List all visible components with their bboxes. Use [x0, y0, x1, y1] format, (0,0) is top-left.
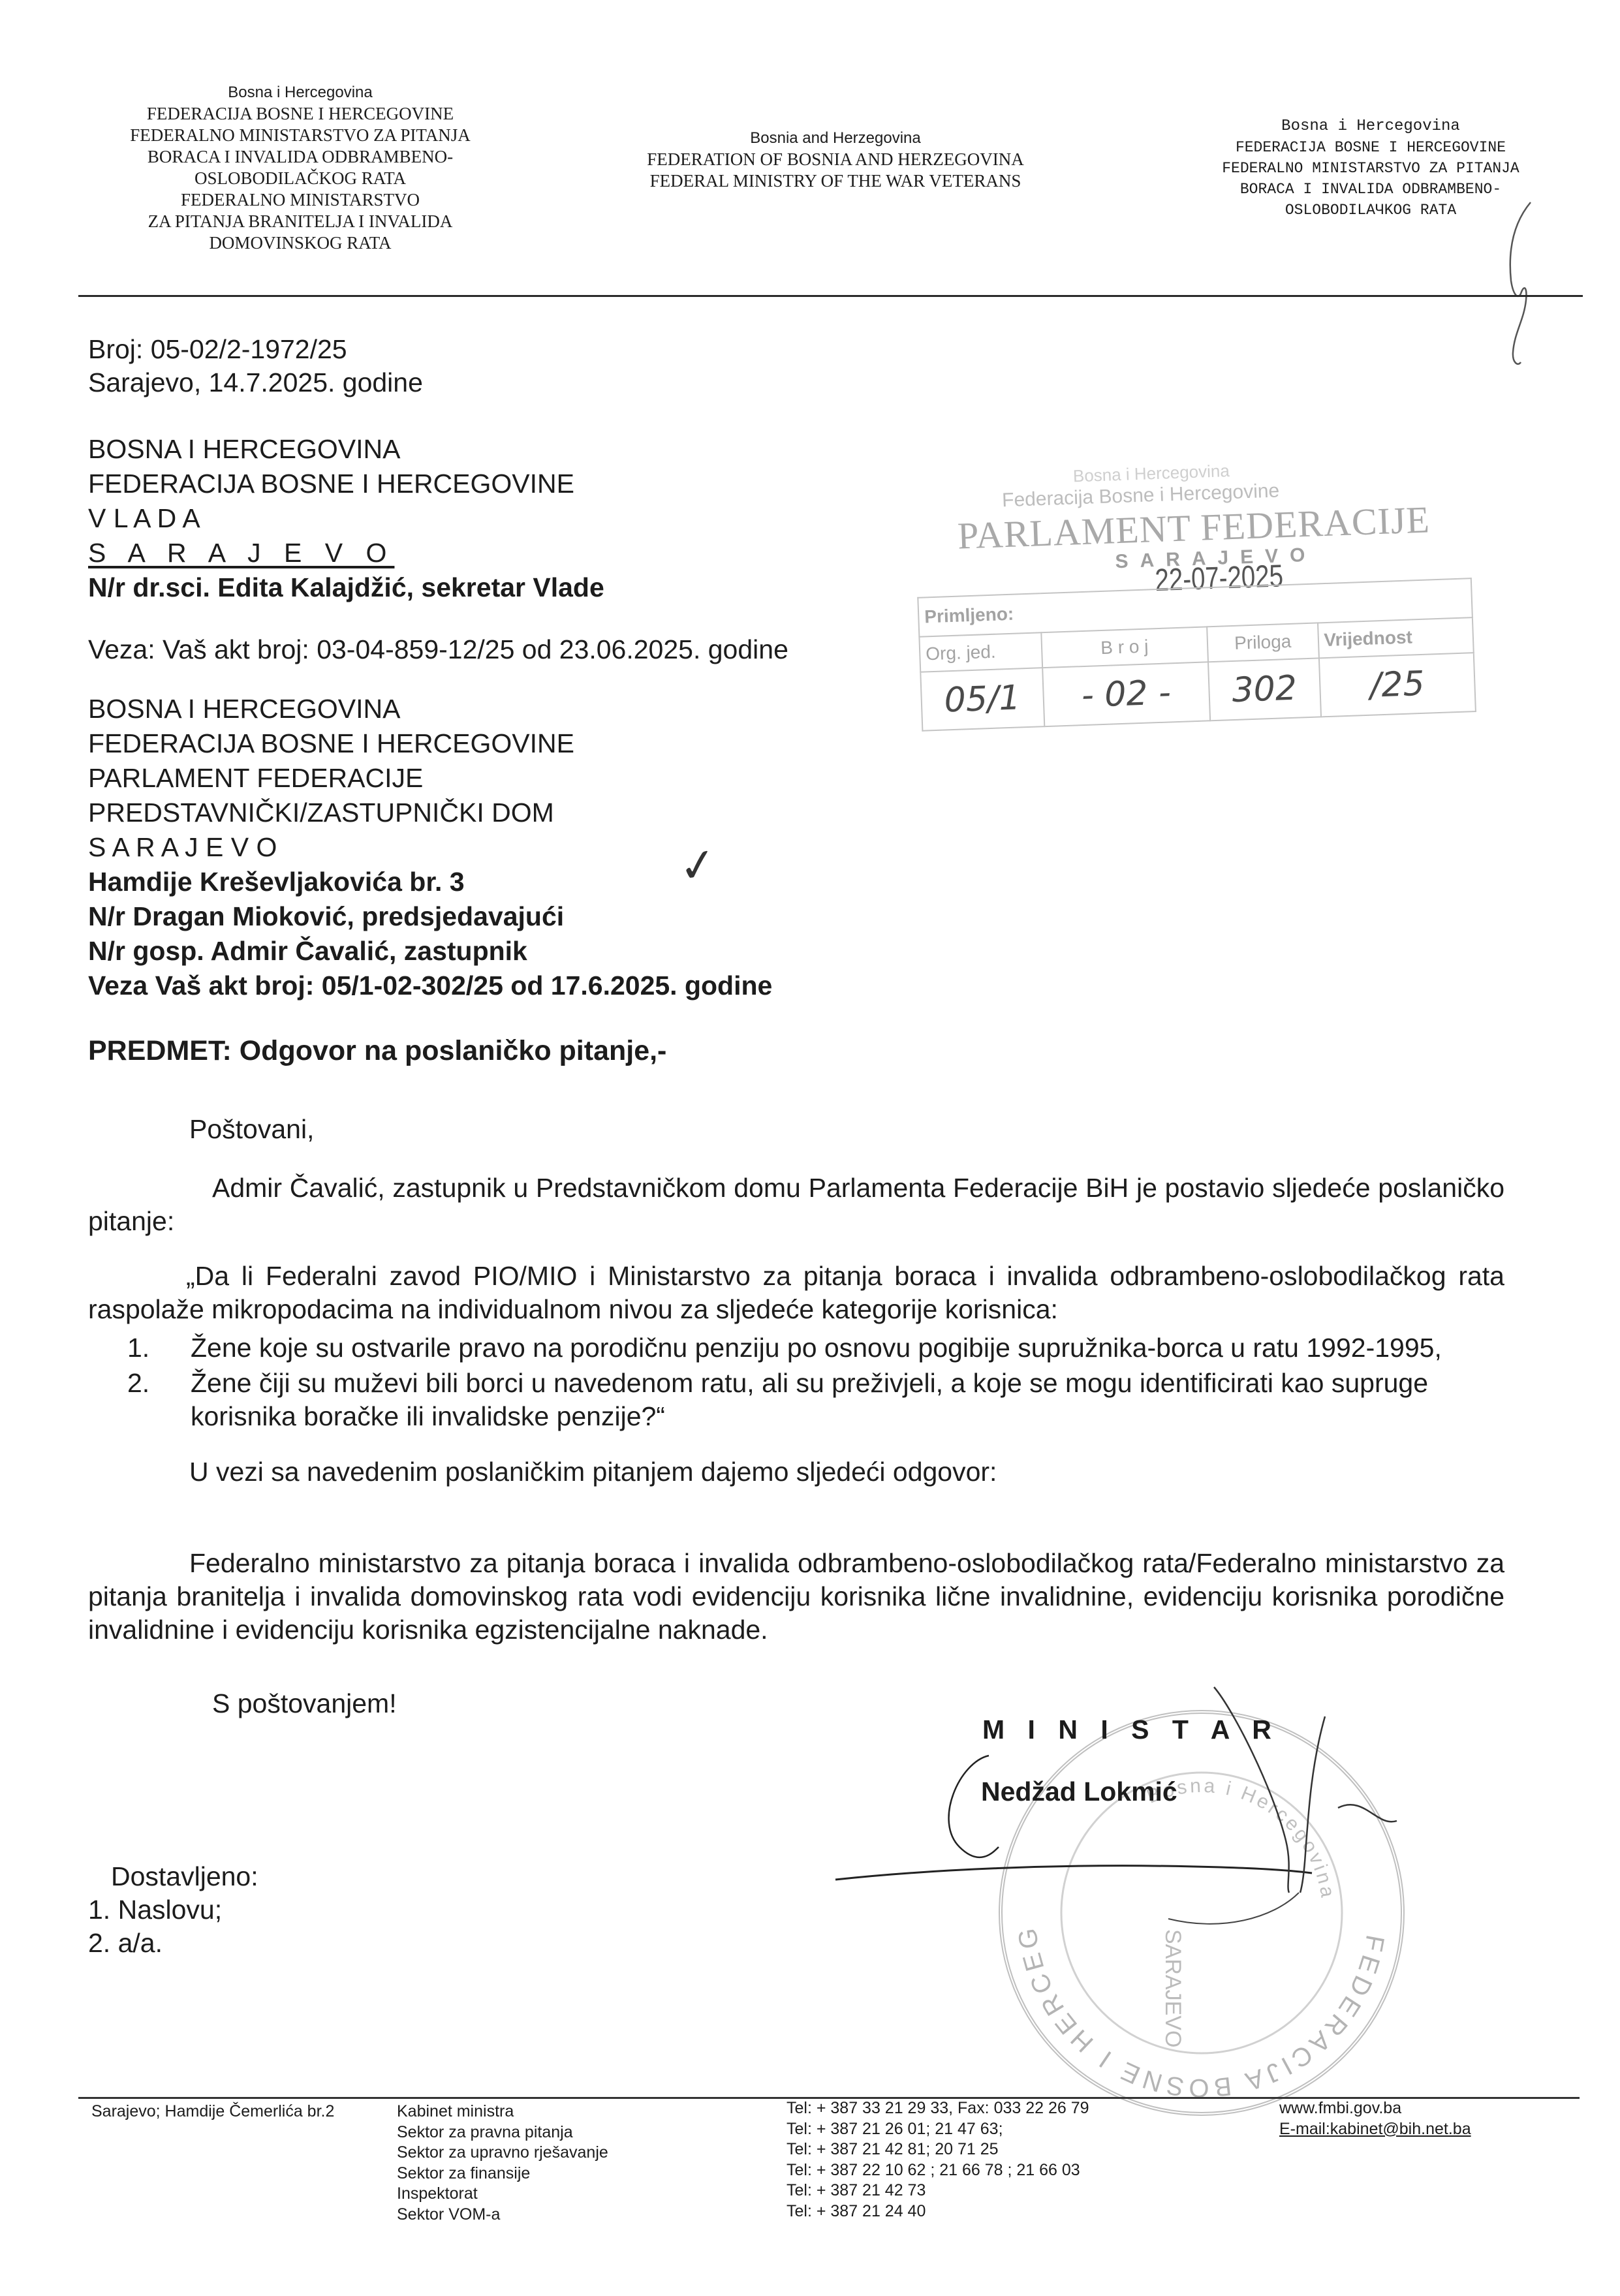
list-item-text: Žene čiji su muževi bili borci u naveden… — [191, 1367, 1504, 1433]
letterhead-left-country: Bosna i Hercegovina — [78, 82, 522, 103]
footer-sectors: Kabinet ministra Sektor za pravna pitanj… — [397, 2102, 608, 2225]
footer-phone: Tel: + 387 21 24 40 — [787, 2201, 1089, 2222]
recipient-city: S A R A J E V O — [88, 832, 277, 862]
letterhead-middle: Bosnia and Herzegovina FEDERATION OF BOS… — [587, 127, 1083, 192]
recipient-attention-chair: N/r Dragan Mioković, predsjedavajući — [88, 899, 772, 934]
greeting: Poštovani, — [189, 1113, 314, 1146]
stamp-org-unit: 05/1 — [920, 668, 1044, 730]
letterhead-middle-line: FEDERATION OF BOSNIA AND HERZEGOVINA — [587, 149, 1083, 170]
letterhead-divider — [78, 295, 1583, 297]
letterhead-right-line: FEDERACIJA BOSNE I HERCEGOVINE — [1162, 137, 1580, 158]
intro-paragraph: Admir Čavalić, zastupnik u Predstavničko… — [88, 1171, 1504, 1238]
reference-link-parliament: Veza Vaš akt broj: 05/1-02-302/25 od 17.… — [88, 969, 772, 1003]
stamp-table: Primljeno: Org. jed. B r o j Priloga Vri… — [917, 578, 1476, 732]
footer-sector: Sektor za finansije — [397, 2164, 608, 2184]
stamp-col-header: B r o j — [1041, 627, 1208, 668]
letterhead-left: Bosna i Hercegovina FEDERACIJA BOSNE I H… — [78, 82, 522, 254]
answer-intro: U vezi sa navedenim poslaničkim pitanjem… — [189, 1455, 997, 1489]
recipient-line: PARLAMENT FEDERACIJE — [88, 761, 772, 796]
list-item-number: 2. — [127, 1367, 191, 1433]
distribution-label: Dostavljeno: — [88, 1860, 258, 1893]
letterhead-left-line: ZA PITANJA BRANITELJA I INVALIDA — [78, 211, 522, 232]
letterhead-left-line: BORACA I INVALIDA ODBRAMBENO- — [78, 146, 522, 168]
footer-sector: Sektor za upravno rješavanje — [397, 2143, 608, 2164]
letterhead-right-line: FEDERALNO MINISTARSTVO ZA PITANJA — [1162, 158, 1580, 179]
letterhead-left-line: FEDERALNO MINISTARSTVO — [78, 189, 522, 211]
footer-phone: Tel: + 387 21 42 81; 20 71 25 — [787, 2139, 1089, 2160]
footer-sector: Kabinet ministra — [397, 2102, 608, 2122]
letterhead-middle-country: Bosnia and Herzegovina — [587, 127, 1083, 149]
footer-phone: Tel: + 387 21 42 73 — [787, 2180, 1089, 2201]
recipient-city: S A R A J E V O — [88, 538, 394, 568]
recipient-body: V L A D A — [88, 501, 604, 536]
closing: S poštovanjem! — [212, 1687, 397, 1720]
recipient-line: FEDERACIJA BOSNE I HERCEGOVINE — [88, 726, 772, 761]
letterhead-right-country: Bosna i Hercegovina — [1162, 116, 1580, 137]
footer-website-link[interactable]: www.fmbi.gov.ba — [1279, 2098, 1471, 2119]
letterhead-left-line: DOMOVINSKOG RATA — [78, 232, 522, 254]
recipient-street: Hamdije Kreševljakovića br. 3 — [88, 865, 772, 899]
footer-sector: Inspektorat — [397, 2184, 608, 2205]
handwritten-initial-mark — [1495, 196, 1553, 372]
footer-phone: Tel: + 387 22 10 62 ; 21 66 78 ; 21 66 0… — [787, 2160, 1089, 2181]
handwritten-signature — [829, 1658, 1442, 1945]
footer-sector: Sektor za pravna pitanja — [397, 2122, 608, 2143]
reference-link-government: Veza: Vaš akt broj: 03-04-859-12/25 od 2… — [88, 633, 788, 666]
document-number: Broj: 05-02/2-1972/25 — [88, 333, 423, 366]
recipient-line: PREDSTAVNIČKI/ZASTUPNIČKI DOM — [88, 796, 772, 830]
document-place-date: Sarajevo, 14.7.2025. godine — [88, 366, 423, 399]
footer-contact: www.fmbi.gov.ba E-mail:kabinet@bih.net.b… — [1279, 2098, 1471, 2139]
subject-line: PREDMET: Odgovor na poslaničko pitanje,- — [88, 1034, 666, 1068]
recipient-line: FEDERACIJA BOSNE I HERCEGOVINE — [88, 467, 604, 501]
received-stamp: Bosna i Hercegovina Federacija Bosne i H… — [903, 441, 1486, 734]
footer-sector: Sektor VOM-a — [397, 2205, 608, 2226]
footer-phones: Tel: + 387 33 21 29 33, Fax: 033 22 26 7… — [787, 2098, 1089, 2222]
letterhead-left-line: OSLOBODILAČKOG RATA — [78, 168, 522, 189]
recipient-government: BOSNA I HERCEGOVINA FEDERACIJA BOSNE I H… — [88, 432, 604, 605]
stamp-col-header: Vrijednost — [1318, 617, 1474, 658]
recipient-line: BOSNA I HERCEGOVINA — [88, 432, 604, 467]
list-item-text: Žene koje su ostvarile pravo na porodičn… — [191, 1331, 1442, 1365]
question-list-item: 1. Žene koje su ostvarile pravo na porod… — [127, 1331, 1504, 1365]
distribution-item: 1. Naslovu; — [88, 1893, 258, 1927]
letterhead-middle-line: FEDERAL MINISTRY OF THE WAR VETERANS — [587, 170, 1083, 192]
stamp-value: /25 — [1318, 653, 1475, 717]
stamp-col-header: Org. jed. — [919, 632, 1042, 672]
footer-phone: Tel: + 387 33 21 29 33, Fax: 033 22 26 7… — [787, 2098, 1089, 2119]
recipient-attention: N/r dr.sci. Edita Kalajdžić, sekretar Vl… — [88, 570, 604, 605]
footer-email-link[interactable]: E-mail:kabinet@bih.net.ba — [1279, 2119, 1471, 2140]
list-item-number: 1. — [127, 1331, 191, 1365]
question-list-item: 2. Žene čiji su muževi bili borci u nave… — [127, 1367, 1504, 1433]
letterhead-left-line: FEDERALNO MINISTARSTVO ZA PITANJA — [78, 125, 522, 146]
answer-paragraph: Federalno ministarstvo za pitanja boraca… — [88, 1547, 1504, 1647]
stamp-col-header: Priloga — [1207, 623, 1318, 662]
svg-text:SARAJEVO: SARAJEVO — [1160, 1929, 1185, 2047]
distribution-list: Dostavljeno: 1. Naslovu; 2. a/a. — [88, 1860, 258, 1960]
letterhead-left-line: FEDERACIJA BOSNE I HERCEGOVINE — [78, 103, 522, 125]
stamp-number: - 02 - — [1042, 662, 1210, 726]
question-list: 1. Žene koje su ostvarile pravo na porod… — [127, 1331, 1504, 1433]
stamp-attachments: 302 — [1208, 658, 1321, 721]
checkmark-icon: ✓ — [676, 836, 721, 894]
question-paragraph: „Da li Federalni zavod PIO/MIO i Minista… — [88, 1260, 1504, 1326]
recipient-line: BOSNA I HERCEGOVINA — [88, 692, 772, 726]
document-reference: Broj: 05-02/2-1972/25 Sarajevo, 14.7.202… — [88, 333, 423, 399]
recipient-attention-representative: N/r gosp. Admir Čavalić, zastupnik — [88, 934, 772, 969]
distribution-item: 2. a/a. — [88, 1927, 258, 1960]
footer-address: Sarajevo; Hamdije Čemerlića br.2 — [91, 2102, 334, 2122]
recipient-parliament: BOSNA I HERCEGOVINA FEDERACIJA BOSNE I H… — [88, 692, 772, 1003]
footer-phone: Tel: + 387 21 26 01; 21 47 63; — [787, 2119, 1089, 2140]
